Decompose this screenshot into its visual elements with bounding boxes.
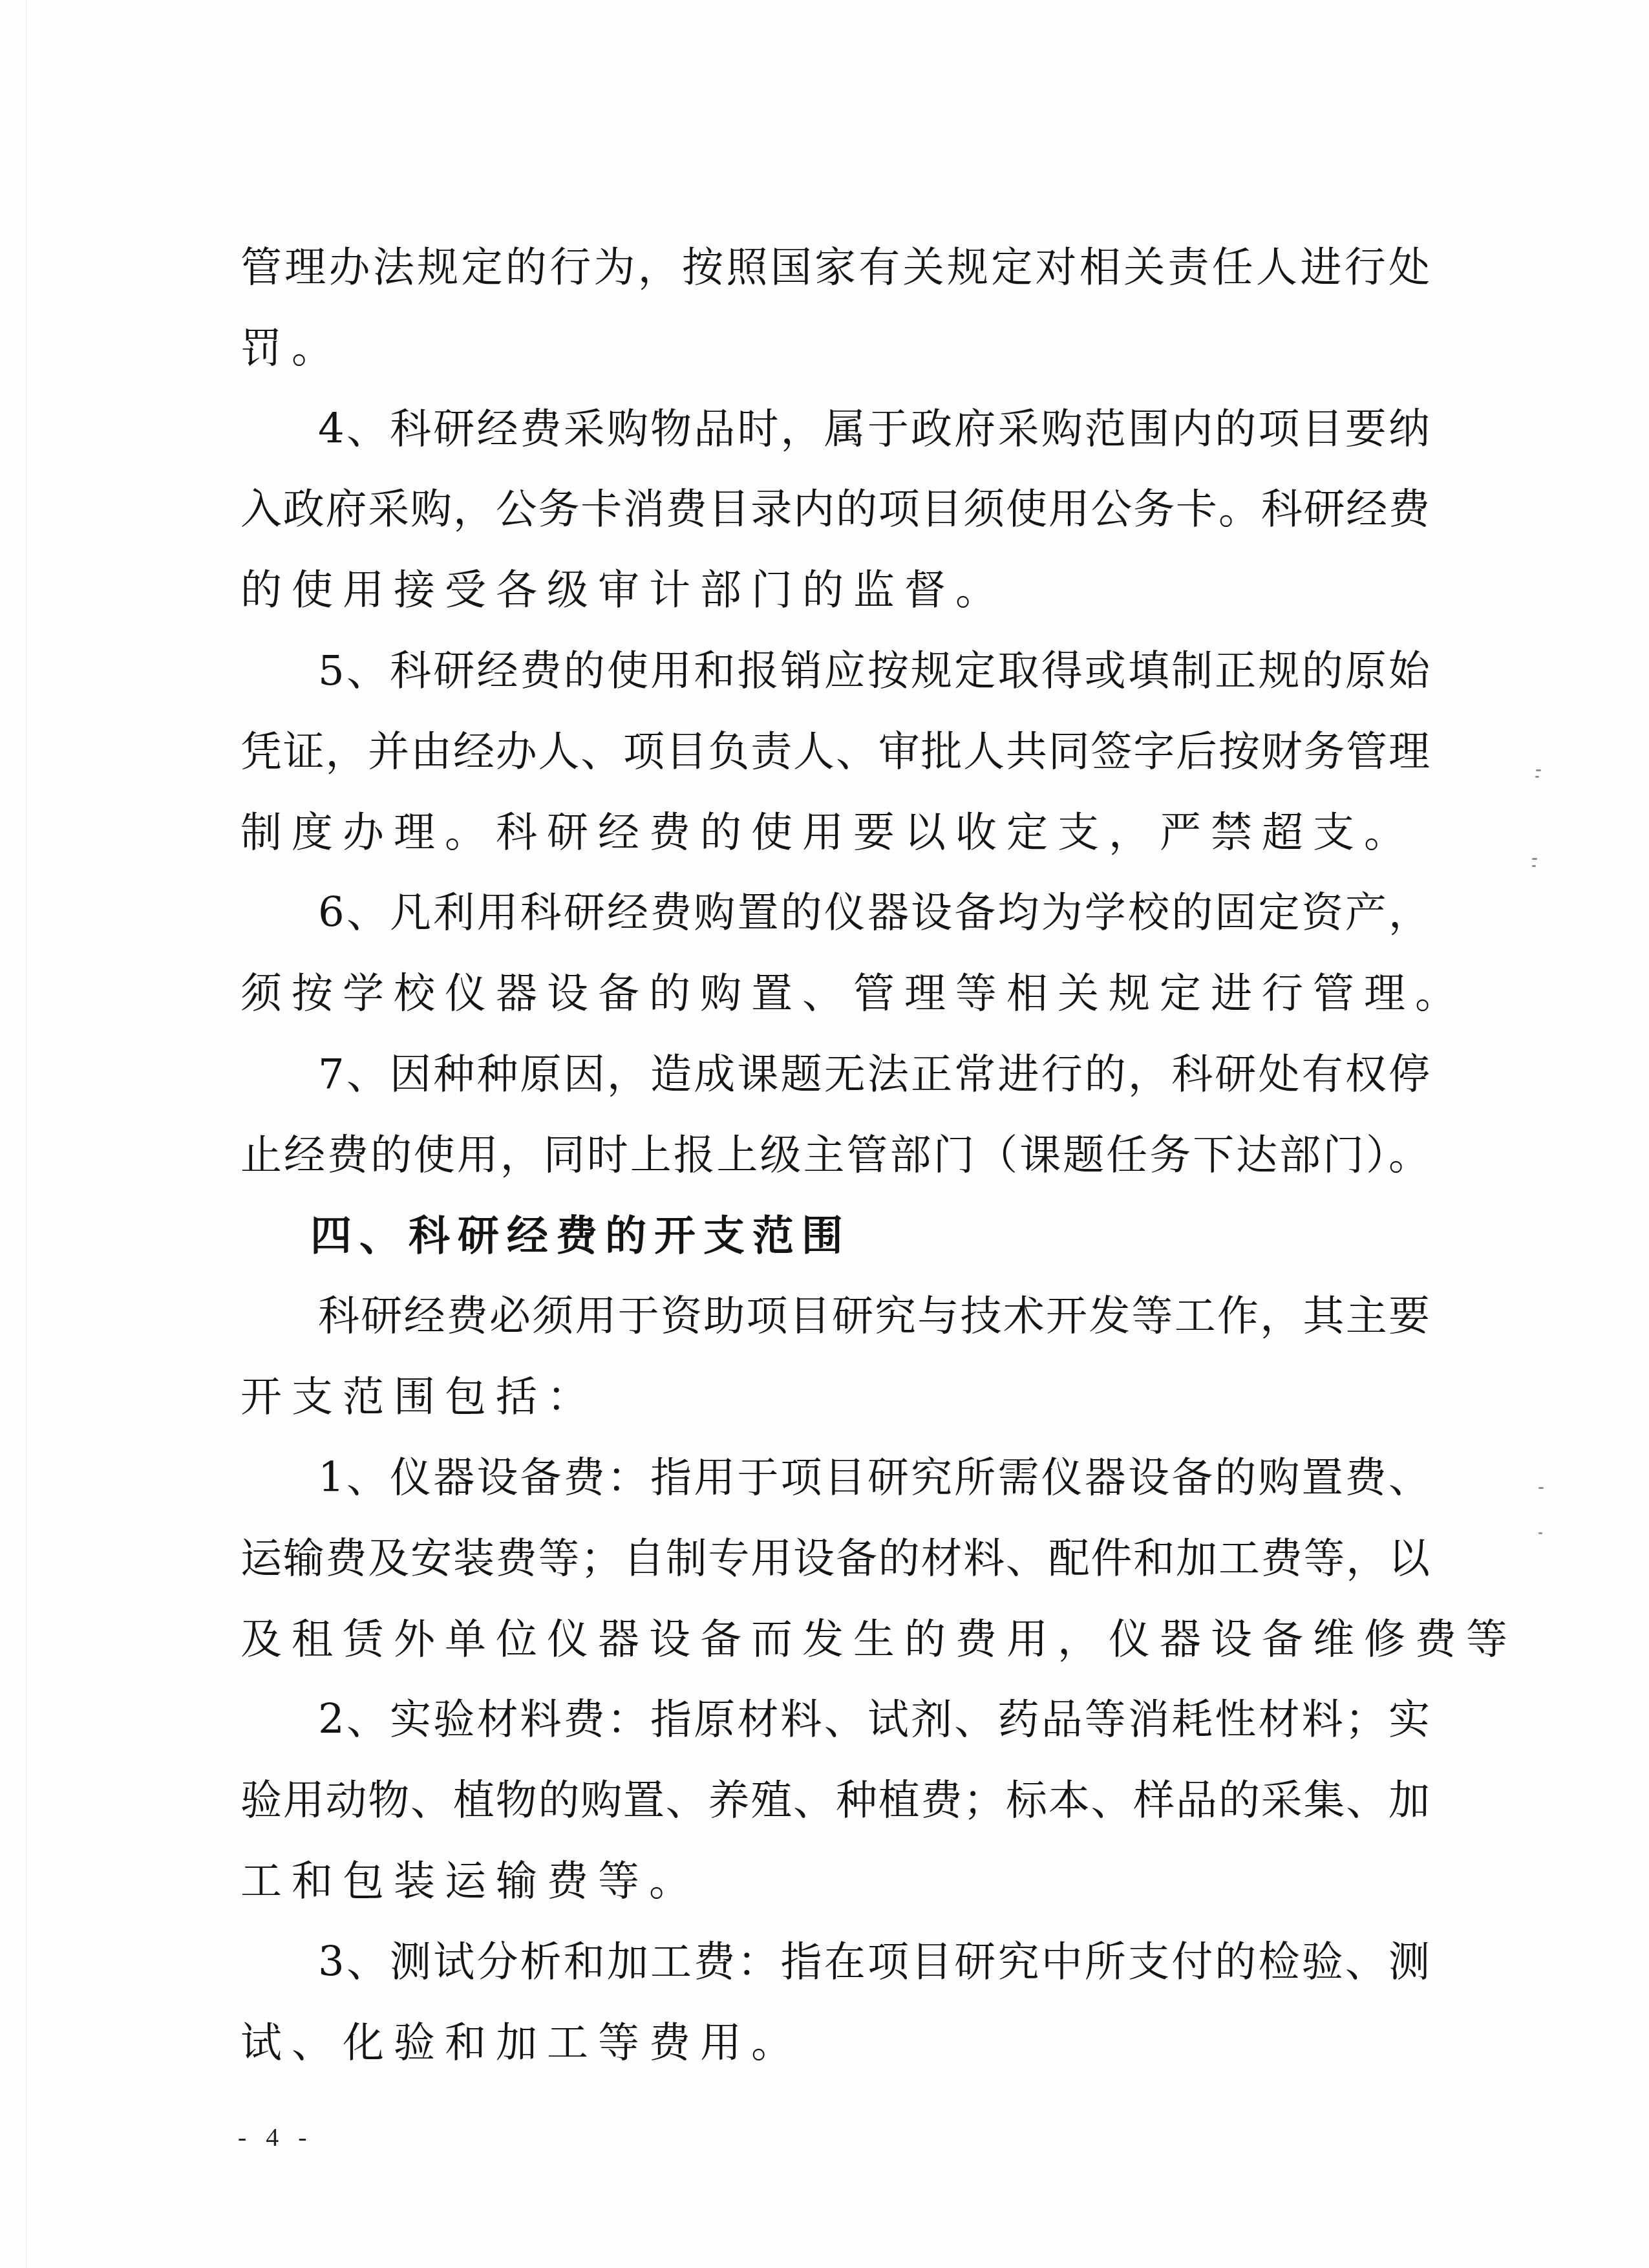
section-heading: 四、科研经费的开支范围 <box>240 1203 1430 1283</box>
scan-mark <box>1538 1487 1544 1489</box>
scan-mark <box>1536 769 1541 771</box>
text-line: 试、化验和加工等费用。 <box>240 2009 1430 2090</box>
page-number: - 4 - <box>238 2122 314 2152</box>
text-line: 凭证，并由经办人、项目负责人、审批人共同签字后按财务管理 <box>240 718 1430 799</box>
text-line: 入政府采购，公务卡消费目录内的项目须使用公务卡。科研经费 <box>240 476 1430 557</box>
scan-edge-line <box>26 0 27 2268</box>
text-line: 罚。 <box>240 315 1430 396</box>
text-line: 验用动物、植物的购置、养殖、种植费；标本、样品的采集、加 <box>240 1767 1430 1848</box>
text-line: 的使用接受各级审计部门的监督。 <box>240 557 1430 637</box>
text-line: 止经费的使用，同时上报上级主管部门（课题任务下达部门）。 <box>240 1122 1430 1203</box>
document-page: 管理办法规定的行为，按照国家有关规定对相关责任人进行处 罚。 4、科研经费采购物… <box>0 0 1649 2268</box>
scan-mark <box>1532 865 1536 867</box>
text-line: 须按学校仪器设备的购置、管理等相关规定进行管理。 <box>240 960 1430 1041</box>
document-body: 管理办法规定的行为，按照国家有关规定对相关责任人进行处 罚。 4、科研经费采购物… <box>240 234 1430 2090</box>
text-line: 制度办理。科研经费的使用要以收定支，严禁超支。 <box>240 799 1430 880</box>
expense-item-2-line: 2、实验材料费：指原材料、试剂、药品等消耗性材料；实 <box>240 1686 1430 1767</box>
scan-mark <box>1538 1532 1542 1534</box>
scan-mark <box>1535 776 1539 778</box>
list-item-7-line: 7、因种种原因，造成课题无法正常进行的，科研处有权停 <box>240 1041 1430 1122</box>
list-item-5-line: 5、科研经费的使用和报销应按规定取得或填制正规的原始 <box>240 637 1430 718</box>
intro-paragraph-line: 科研经费必须用于资助项目研究与技术开发等工作，其主要 <box>240 1283 1430 1364</box>
text-line: 开支范围包括： <box>240 1364 1430 1444</box>
expense-item-3-line: 3、测试分析和加工费：指在项目研究中所支付的检验、测 <box>240 1929 1430 2009</box>
scan-mark <box>1532 858 1537 860</box>
list-item-6-line: 6、凡利用科研经费购置的仪器设备均为学校的固定资产， <box>240 879 1430 960</box>
list-item-4-line: 4、科研经费采购物品时，属于政府采购范围内的项目要纳 <box>240 396 1430 476</box>
text-line: 运输费及安装费等；自制专用设备的材料、配件和加工费等，以 <box>240 1525 1430 1606</box>
text-line: 工和包装运输费等。 <box>240 1848 1430 1929</box>
text-line: 管理办法规定的行为，按照国家有关规定对相关责任人进行处 <box>240 234 1430 315</box>
text-line: 及租赁外单位仪器设备而发生的费用，仪器设备维修费等 <box>240 1606 1430 1687</box>
expense-item-1-line: 1、仪器设备费：指用于项目研究所需仪器设备的购置费、 <box>240 1444 1430 1525</box>
